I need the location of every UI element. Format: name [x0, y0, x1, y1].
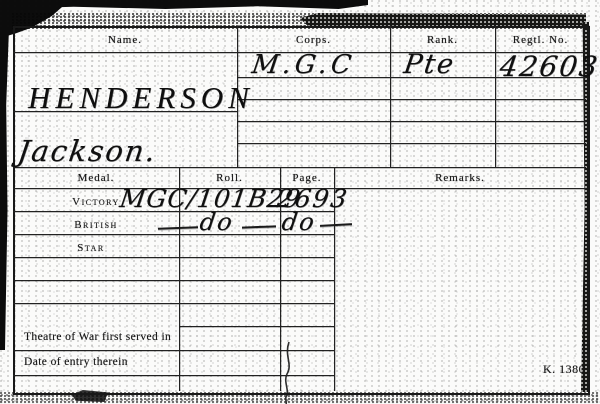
grid-line [237, 143, 586, 144]
corps-column-header: Corps. [237, 34, 390, 46]
rank-column-header: Rank. [390, 34, 495, 46]
medal-row-label-star: Star [8, 242, 174, 254]
grid-line [179, 326, 334, 327]
grid-line [13, 257, 334, 258]
regtl-no-column-header: Regtl. No. [495, 34, 586, 46]
medal-index-card-scan: Name. Corps. Rank. Regtl. No. HENDERSON … [0, 0, 600, 404]
name-column-header: Name. [13, 34, 237, 46]
grid-line [13, 350, 334, 351]
scan-artifact-left-strip [0, 0, 10, 350]
grid-line [237, 99, 586, 100]
page-column-header: Page. [280, 172, 334, 184]
grid-line [13, 303, 334, 304]
roll-column-header: Roll. [179, 172, 280, 184]
medal-row-label-british: British [13, 219, 179, 231]
british-page-ditto: do [280, 208, 318, 236]
grid-line [495, 26, 496, 167]
grid-line [237, 121, 586, 122]
medal-column-header: Medal. [13, 172, 179, 184]
grid-line [390, 26, 391, 167]
grid-line [13, 280, 334, 281]
remarks-column-header: Remarks. [334, 172, 586, 184]
regtl-no-value: 42603 [498, 50, 600, 83]
form-number: K. 1380 [543, 362, 585, 377]
surname-value: HENDERSON [28, 80, 254, 116]
date-of-entry-label: Date of entry therein [24, 356, 128, 368]
theatre-of-war-label: Theatre of War first served in [24, 331, 171, 343]
corps-value: M.G.C [250, 50, 357, 80]
forename-value: Jackson. [16, 134, 160, 168]
british-roll-ditto: do [198, 208, 236, 236]
rank-value: Pte [402, 49, 457, 80]
grid-line [13, 375, 334, 376]
